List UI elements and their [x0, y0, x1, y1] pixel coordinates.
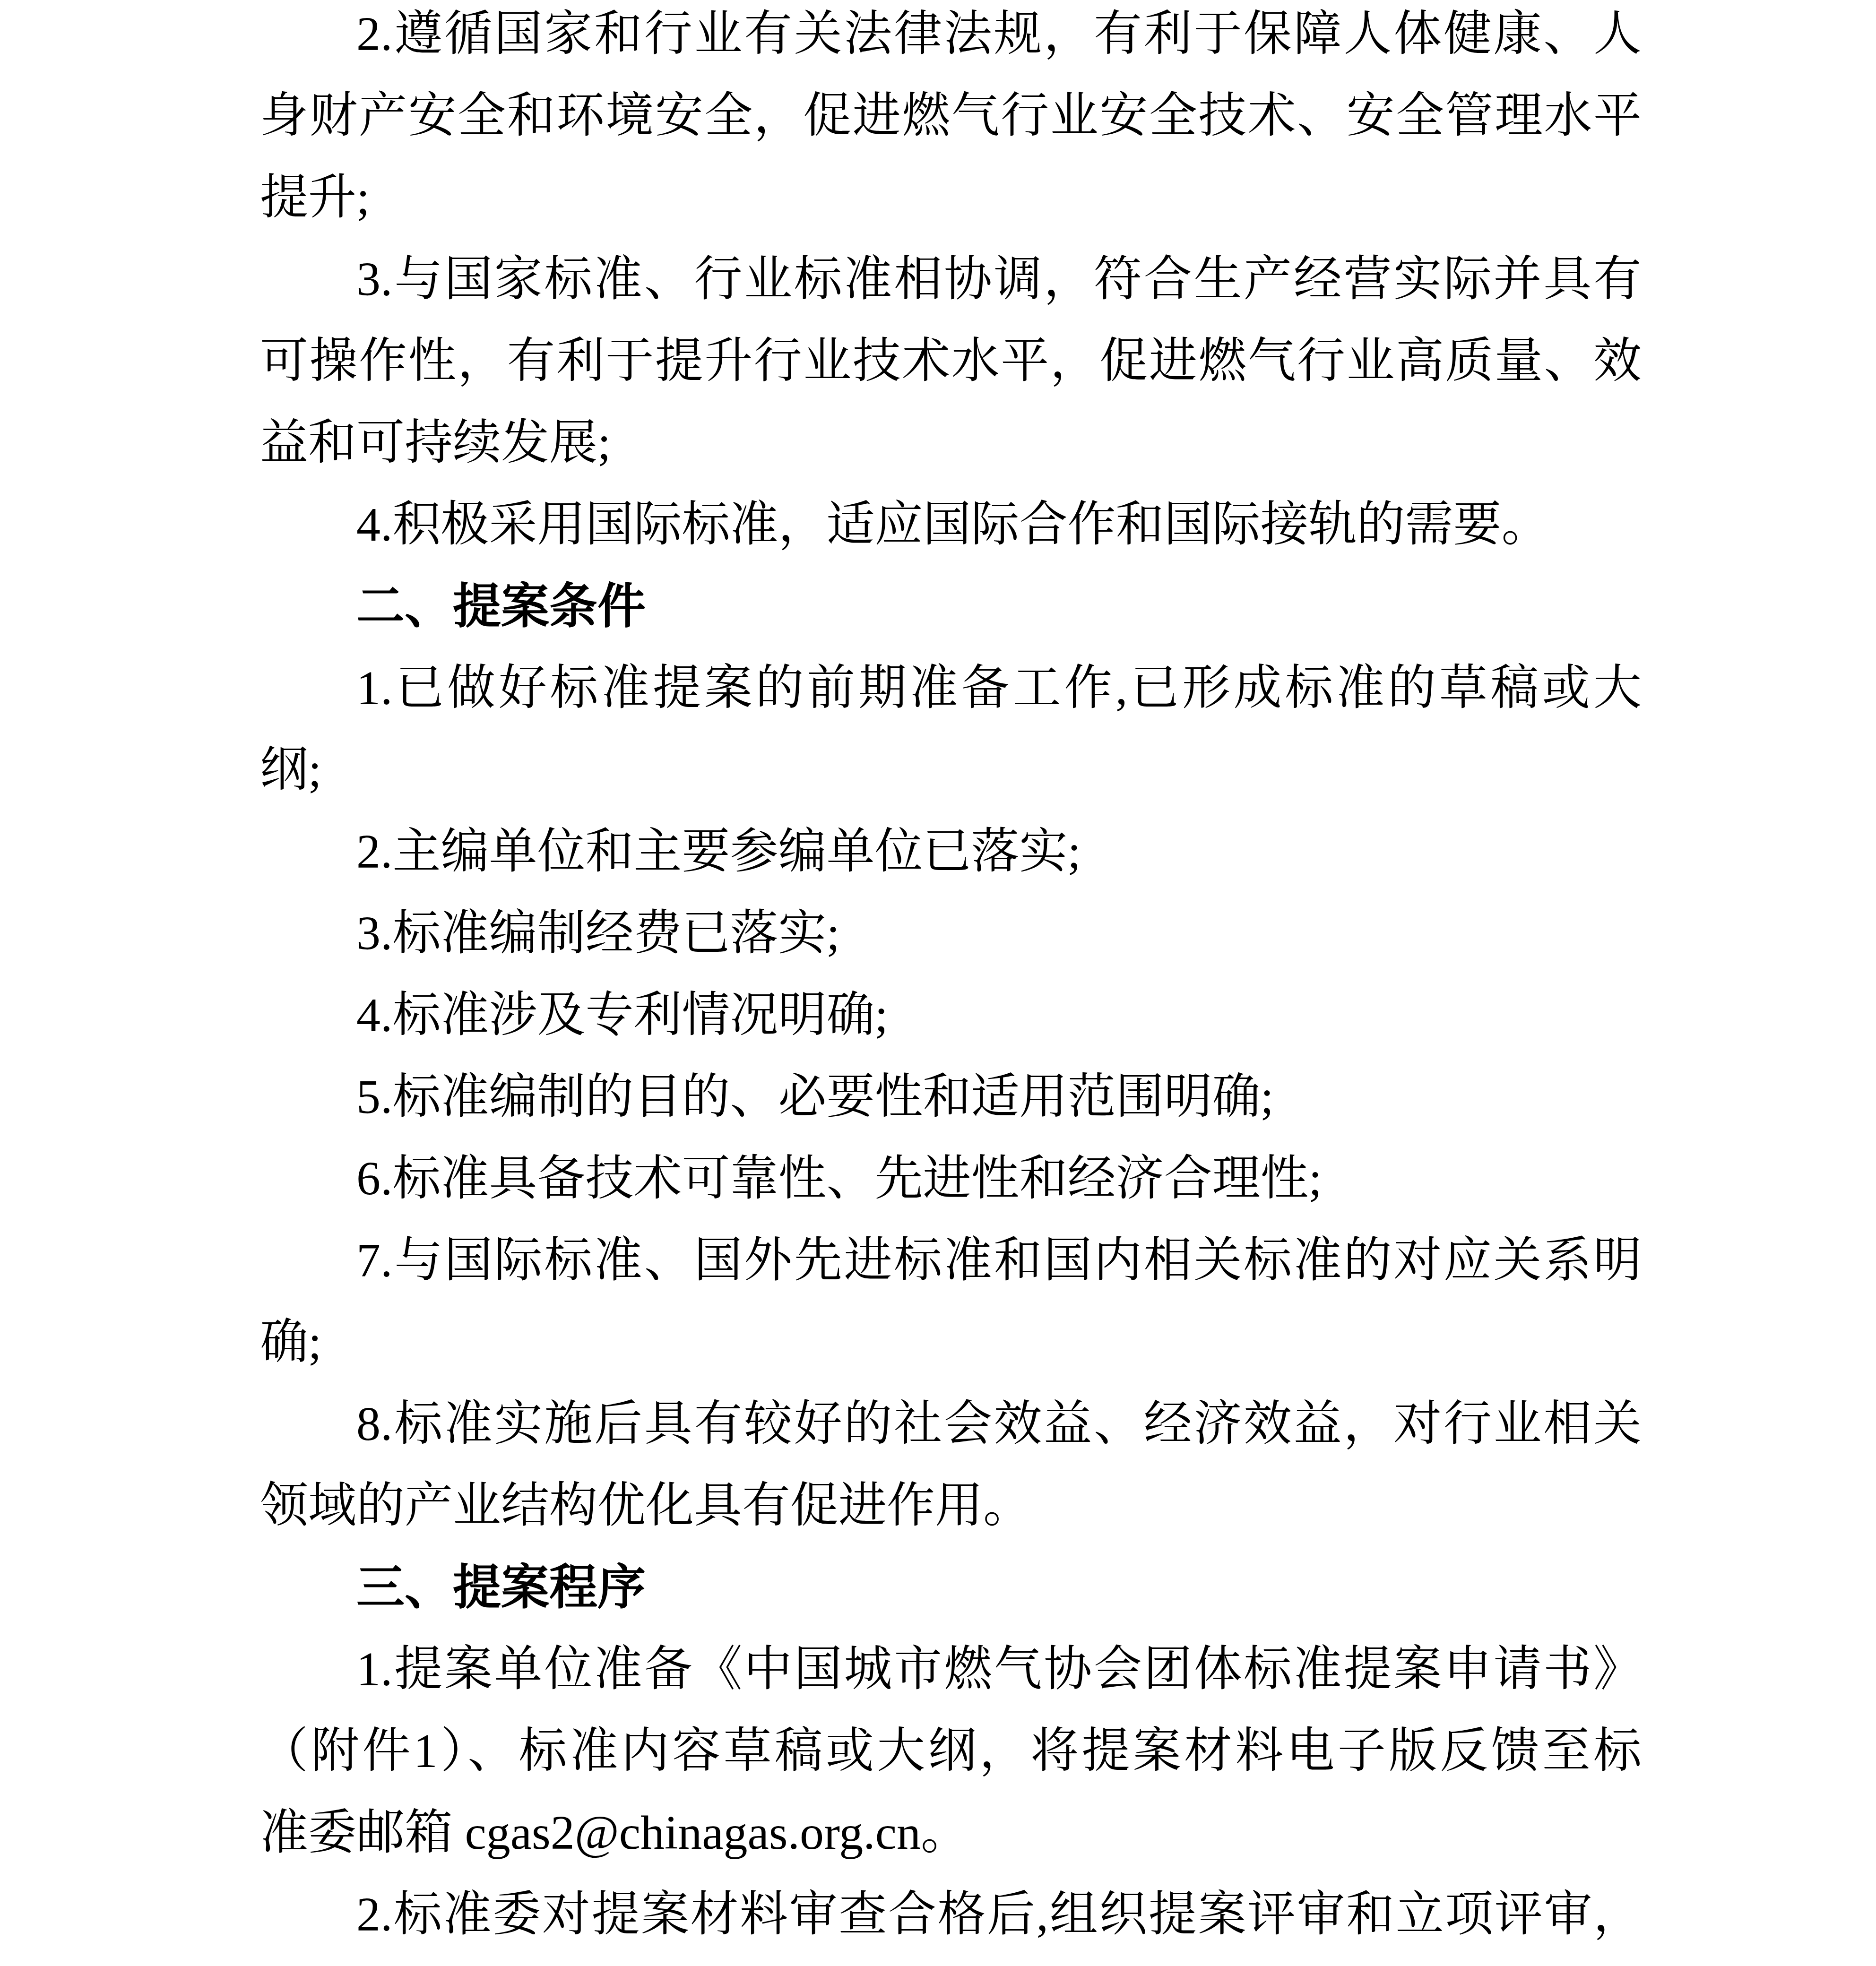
text-line: 8.标准实施后具有较好的社会效益、经济效益，对行业相关 — [260, 1383, 1642, 1465]
text-line: 纲; — [260, 729, 1642, 811]
text-line: 3.标准编制经费已落实; — [260, 893, 1642, 974]
text-line: 1.已做好标准提案的前期准备工作,已形成标准的草稿或大 — [260, 647, 1642, 729]
document-text-block: 2.遵循国家和行业有关法律法规，有利于保障人体健康、人 身财产安全和环境安全，促… — [260, 0, 1642, 1956]
text-line: 确; — [260, 1302, 1642, 1383]
text-line: 领域的产业结构优化具有促进作用。 — [260, 1465, 1642, 1547]
text-line: 2.遵循国家和行业有关法律法规，有利于保障人体健康、人 — [260, 0, 1642, 75]
text-line: 可操作性，有利于提升行业技术水平，促进燃气行业高质量、效 — [260, 320, 1642, 402]
text-line: （附件1）、标准内容草稿或大纲，将提案材料电子版反馈至标 — [260, 1710, 1642, 1792]
text-line: 3.与国家标准、行业标准相协调，符合生产经营实际并具有 — [260, 239, 1642, 320]
text-line: 4.标准涉及专利情况明确; — [260, 974, 1642, 1056]
text-line: 身财产安全和环境安全，促进燃气行业安全技术、安全管理水平 — [260, 75, 1642, 157]
text-line: 4.积极采用国际标准，适应国际合作和国际接轨的需要。 — [260, 484, 1642, 566]
section-heading: 二、提案条件 — [260, 566, 1642, 647]
document-page: 2.遵循国家和行业有关法律法规，有利于保障人体健康、人 身财产安全和环境安全，促… — [0, 0, 1876, 1966]
text-line: 提升; — [260, 157, 1642, 239]
text-line: 7.与国际标准、国外先进标准和国内相关标准的对应关系明 — [260, 1220, 1642, 1302]
text-line: 6.标准具备技术可靠性、先进性和经济合理性; — [260, 1138, 1642, 1220]
text-line: 1.提案单位准备《中国城市燃气协会团体标准提案申请书》 — [260, 1629, 1642, 1710]
text-line: 5.标准编制的目的、必要性和适用范围明确; — [260, 1056, 1642, 1138]
text-line: 2.主编单位和主要参编单位已落实; — [260, 811, 1642, 893]
text-line: 益和可持续发展; — [260, 402, 1642, 484]
email-line: 准委邮箱 cgas2@chinagas.org.cn。 — [260, 1792, 1642, 1874]
text-line: 2.标准委对提案材料审查合格后,组织提案评审和立项评审， — [260, 1874, 1642, 1956]
section-heading: 三、提案程序 — [260, 1547, 1642, 1629]
